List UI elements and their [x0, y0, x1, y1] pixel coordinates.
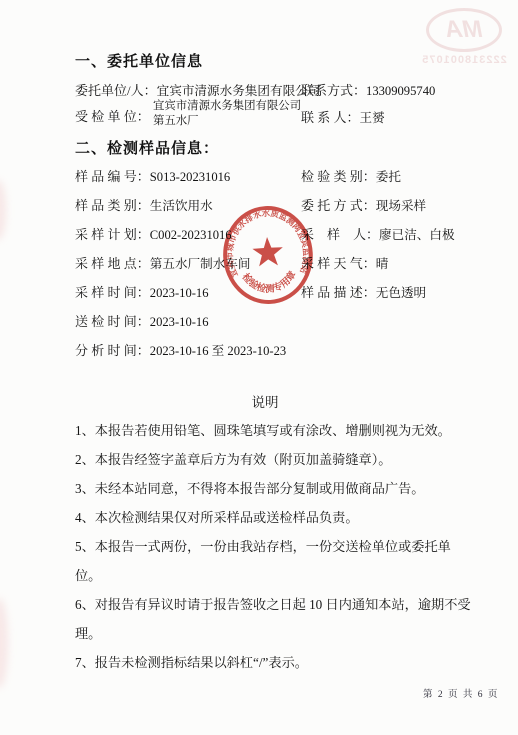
delivery-time-value: 2023-10-16 [150, 315, 209, 329]
ink-smudge [0, 180, 6, 240]
sampler-row: 采 样 人：廖已洁、白极 [301, 224, 455, 243]
notes-list: 1、本报告若使用铅笔、圆珠笔填写或有涂改、增删则视为无效。 2、本报告经签字盖章… [75, 416, 473, 677]
weather-row: 采 样 天 气：晴 [301, 253, 388, 272]
section1-title: 一、委托单位信息 [75, 50, 203, 71]
cma-serial-number: 222318001075 [412, 54, 516, 66]
analysis-time-value: 2023-10-16 至 2023-10-23 [150, 344, 286, 358]
contact-value: 13309095740 [366, 84, 435, 98]
client-value: 宜宾市清源水务集团有限公司 [157, 84, 321, 98]
sampler-value: 廖已洁、白极 [379, 228, 455, 242]
delivery-time-label: 送 检 时 间： [75, 314, 150, 329]
inspected-unit-label: 受 检 单 位： [75, 109, 150, 124]
notes-title: 说明 [75, 391, 455, 411]
sample-description-label: 样 品 描 述： [301, 285, 376, 300]
sample-type-row: 样 品 类 别：生活饮用水 [75, 195, 213, 214]
seal-star-icon [252, 236, 284, 266]
sampling-site-value: 第五水厂制水车间 [150, 257, 251, 271]
note-item-4: 4、本次检测结果仅对所采样品或送检样品负责。 [75, 503, 473, 532]
inspected-unit-label-row: 受 检 单 位： [75, 106, 150, 125]
client-label: 委托单位/人： [75, 83, 157, 98]
delivery-time-row: 送 检 时 间：2023-10-16 [75, 311, 209, 330]
sampling-site-label: 采 样 地 点： [75, 256, 150, 271]
test-category-value: 委托 [376, 170, 401, 184]
contact-person-label: 联 系 人： [301, 110, 360, 125]
sample-no-row: 样 品 编 号：S013-20231016 [75, 166, 230, 185]
seal-bottom-text: 检验检测专用章 [239, 268, 300, 297]
analysis-time-label: 分 析 时 间： [75, 343, 150, 358]
cma-bleedthrough-watermark: MA 222318001075 [412, 8, 516, 66]
test-category-row: 检 验 类 别：委托 [301, 166, 401, 185]
analysis-time-row: 分 析 时 间：2023-10-16 至 2023-10-23 [75, 340, 286, 359]
sampling-site-row: 采 样 地 点：第五水厂制水车间 [75, 253, 251, 272]
weather-label: 采 样 天 气： [301, 256, 376, 271]
inspected-unit-value-line2: 第五水厂 [153, 114, 199, 129]
sample-description-value: 无色透明 [376, 286, 426, 300]
sampling-time-label: 采 样 时 间： [75, 285, 150, 300]
note-item-6: 6、对报告有异议时请于报告签收之日起 10 日内通知本站，逾期不受理。 [75, 590, 473, 648]
test-category-label: 检 验 类 别： [301, 169, 376, 184]
commission-mode-label: 委 托 方 式： [301, 198, 376, 213]
sampling-time-row: 采 样 时 间：2023-10-16 [75, 282, 209, 301]
commission-mode-value: 现场采样 [376, 199, 426, 213]
cma-logo: MA [426, 8, 502, 52]
note-item-5: 5、本报告一式两份，一份由我站存档，一份交送检单位或委托单位。 [75, 532, 473, 590]
sampling-plan-label: 采 样 计 划： [75, 227, 150, 242]
sample-type-value: 生活饮用水 [150, 199, 213, 213]
client-row: 委托单位/人：宜宾市清源水务集团有限公司 [75, 80, 320, 99]
sampling-time-value: 2023-10-16 [150, 286, 209, 300]
note-item-1: 1、本报告若使用铅笔、圆珠笔填写或有涂改、增删则视为无效。 [75, 416, 473, 445]
contact-label: 联系方式： [301, 83, 366, 98]
page-indicator: 第 2 页 共 6 页 [423, 686, 499, 700]
ink-smudge [0, 598, 8, 688]
sample-type-label: 样 品 类 别： [75, 198, 150, 213]
commission-mode-row: 委 托 方 式：现场采样 [301, 195, 426, 214]
sampling-plan-row: 采 样 计 划：C002-20231016 [75, 224, 232, 243]
contact-person-row: 联 系 人：王赟 [301, 107, 385, 126]
report-page: MA 222318001075 一、委托单位信息 委托单位/人：宜宾市清源水务集… [0, 0, 518, 735]
contact-row: 联系方式：13309095740 [301, 80, 435, 99]
weather-value: 晴 [376, 257, 389, 271]
note-item-2: 2、本报告经签字盖章后方为有效（附页加盖骑缝章）。 [75, 445, 473, 474]
sample-description-row: 样 品 描 述：无色透明 [301, 282, 426, 301]
sample-no-value: S013-20231016 [150, 170, 230, 184]
sampling-plan-value: C002-20231016 [150, 228, 232, 242]
sampler-label: 采 样 人： [301, 227, 379, 242]
section2-title: 二、检测样品信息： [75, 137, 219, 158]
note-item-7: 7、报告未检测指标结果以斜杠“/”表示。 [75, 648, 473, 677]
contact-person-value: 王赟 [360, 111, 385, 125]
inspected-unit-value-line1: 宜宾市清源水务集团有限公司 [153, 99, 301, 114]
sample-no-label: 样 品 编 号： [75, 169, 150, 184]
note-item-3: 3、未经本站同意，不得将本报告部分复制或用做商品广告。 [75, 474, 473, 503]
